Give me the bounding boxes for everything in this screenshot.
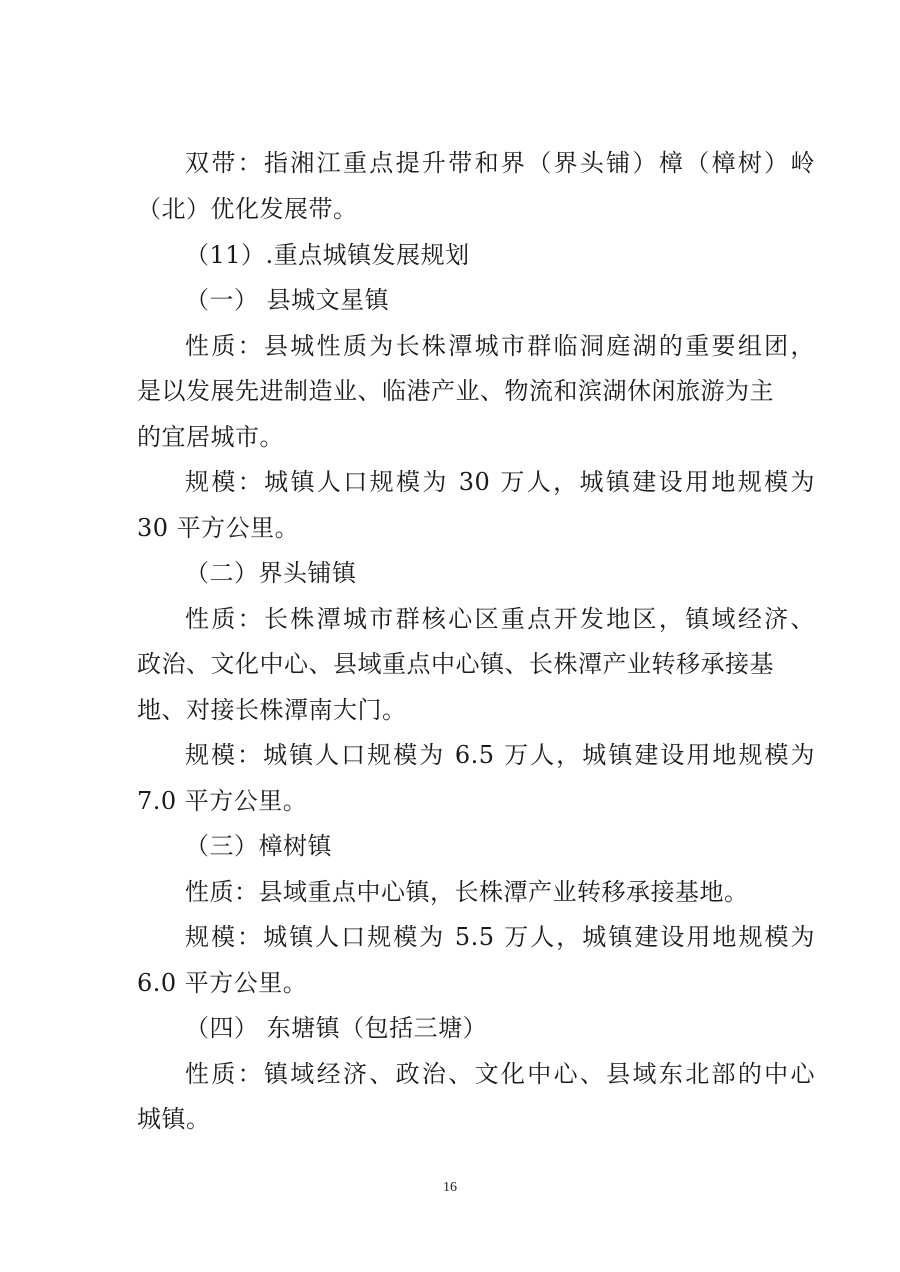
wenxing-scale-line-1: 规模：城镇人口规模为 30 万人，城镇建设用地规模为 <box>185 467 815 497</box>
paragraph-shuangdai-line-1: 双带：指湘江重点提升带和界（界头铺）樟（樟树）岭 <box>185 148 815 178</box>
section-heading-key-towns: （11）.重点城镇发展规划 <box>185 240 815 270</box>
zhangshu-nature-line-1: 性质：县域重点中心镇，长株潭产业转移承接基地。 <box>185 877 815 907</box>
jietoupu-nature-line-3: 地、对接长株潭南大门。 <box>137 695 767 725</box>
document-page: 双带：指湘江重点提升带和界（界头铺）樟（樟树）岭 （北）优化发展带。 （11）.… <box>0 0 900 1272</box>
jietoupu-scale-line-1: 规模：城镇人口规模为 6.5 万人，城镇建设用地规模为 <box>185 740 815 770</box>
subheading-jietoupu-town: （二）界头铺镇 <box>185 558 815 588</box>
zhangshu-scale-line-2: 6.0 平方公里。 <box>137 968 767 998</box>
subheading-dongtang-town: （四） 东塘镇（包括三塘） <box>185 1013 815 1043</box>
jietoupu-nature-line-2: 政治、文化中心、县域重点中心镇、长株潭产业转移承接基 <box>137 649 767 679</box>
wenxing-scale-line-2: 30 平方公里。 <box>137 513 767 543</box>
dongtang-nature-line-1: 性质：镇域经济、政治、文化中心、县域东北部的中心 <box>185 1059 815 1089</box>
dongtang-nature-line-2: 城镇。 <box>137 1104 767 1134</box>
wenxing-nature-line-1: 性质：县城性质为长株潭城市群临洞庭湖的重要组团， <box>185 331 815 361</box>
zhangshu-scale-line-1: 规模：城镇人口规模为 5.5 万人，城镇建设用地规模为 <box>185 922 815 952</box>
wenxing-nature-line-2: 是以发展先进制造业、临港产业、物流和滨湖休闲旅游为主 <box>137 376 767 406</box>
subheading-zhangshu-town: （三）樟树镇 <box>185 831 815 861</box>
wenxing-nature-line-3: 的宜居城市。 <box>137 422 767 452</box>
jietoupu-scale-line-2: 7.0 平方公里。 <box>137 786 767 816</box>
subheading-wenxing-town: （一） 县城文星镇 <box>185 285 815 315</box>
paragraph-shuangdai-line-2: （北）优化发展带。 <box>137 194 767 224</box>
jietoupu-nature-line-1: 性质：长株潭城市群核心区重点开发地区，镇域经济、 <box>185 604 815 634</box>
page-number: 16 <box>0 1180 900 1196</box>
